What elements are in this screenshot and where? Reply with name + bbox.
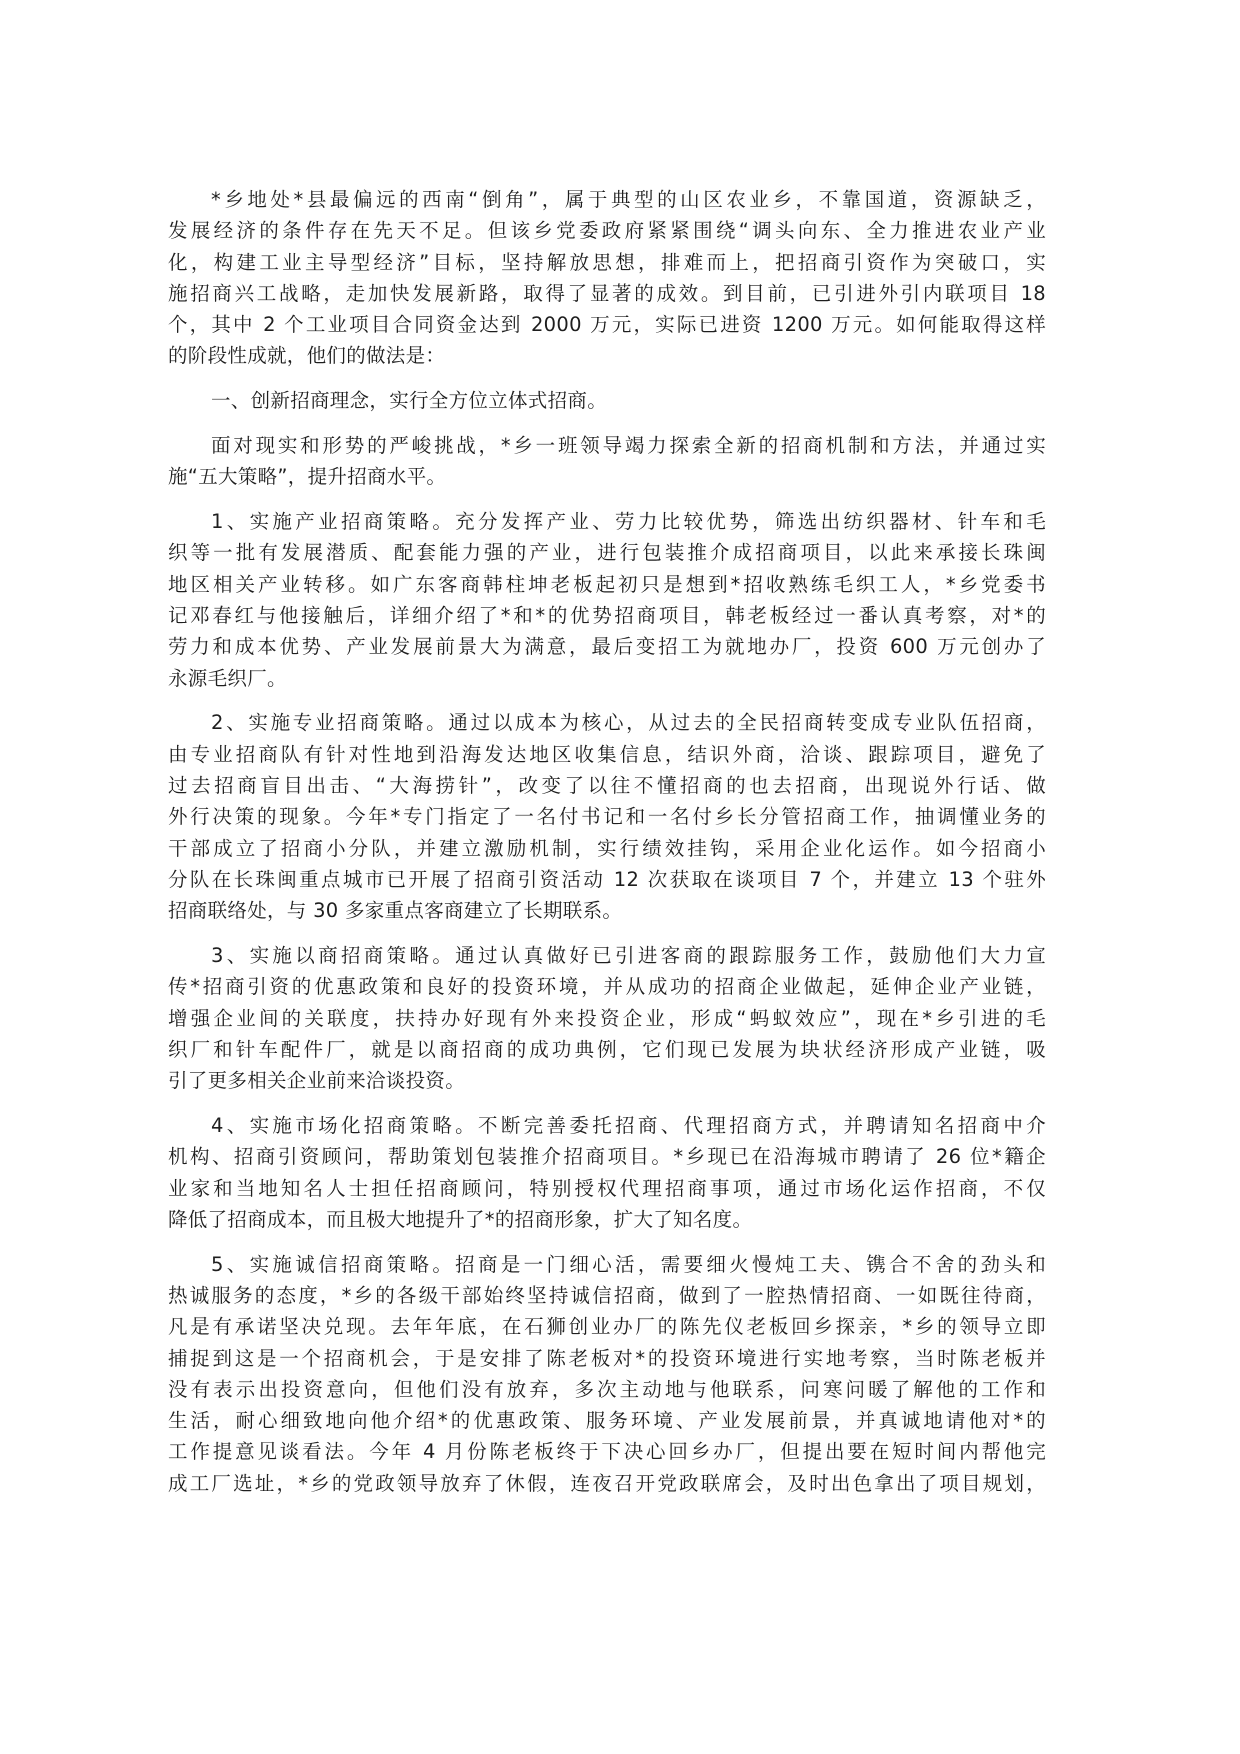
text-line: 工作提意见谈看法。今年 4 月份陈老板终于下决心回乡办厂，但提出要在短时间内帮他… bbox=[168, 1436, 1046, 1467]
text-line: 传*招商引资的优惠政策和良好的投资环境，并从成功的招商企业做起，延伸企业产业链， bbox=[168, 971, 1046, 1002]
text-line: 招商联络处，与 30 多家重点客商建立了长期联系。 bbox=[168, 895, 1046, 926]
text-line: 增强企业间的关联度，扶持办好现有外来投资企业，形成“蚂蚁效应”，现在*乡引进的毛 bbox=[168, 1003, 1046, 1034]
text-line: 生活，耐心细致地向他介绍*的优惠政策、服务环境、产业发展前景，并真诚地请他对*的 bbox=[168, 1405, 1046, 1436]
text-line: 业家和当地知名人士担任招商顾问，特别授权代理招商事项，通过市场化运作招商，不仅 bbox=[168, 1173, 1046, 1204]
paragraph-strategy-4: 4、实施市场化招商策略。不断完善委托招商、代理招商方式，并聘请知名招商中介机构、… bbox=[168, 1110, 1046, 1235]
text-line: 化，构建工业主导型经济”目标，坚持解放思想，排难而上，把招商引资作为突破口，实 bbox=[168, 247, 1046, 278]
text-line: 干部成立了招商小分队，并建立激励机制，实行绩效挂钩，采用企业化运作。如今招商小 bbox=[168, 833, 1046, 864]
text-line: 过去招商盲目出击、“大海捞针”，改变了以往不懂招商的也去招商，出现说外行话、做 bbox=[168, 770, 1046, 801]
paragraph-heading-1: 一、创新招商理念，实行全方位立体式招商。 bbox=[168, 385, 1046, 416]
text-line: 4、实施市场化招商策略。不断完善委托招商、代理招商方式，并聘请知名招商中介 bbox=[168, 1110, 1046, 1141]
paragraph-strategy-3: 3、实施以商招商策略。通过认真做好已引进客商的跟踪服务工作，鼓励他们大力宣传*招… bbox=[168, 940, 1046, 1096]
text-line: 织厂和针车配件厂，就是以商招商的成功典例，它们现已发展为块状经济形成产业链，吸 bbox=[168, 1034, 1046, 1065]
text-line: 永源毛织厂。 bbox=[168, 663, 1046, 694]
text-line: 发展经济的条件存在先天不足。但该乡党委政府紧紧围绕“调头向东、全力推进农业产业 bbox=[168, 215, 1046, 246]
text-line: 降低了招商成本，而且极大地提升了*的招商形象，扩大了知名度。 bbox=[168, 1204, 1046, 1235]
paragraph-strategy-5: 5、实施诚信招商策略。招商是一门细心活，需要细火慢炖工夫、镌合不舍的劲头和热诚服… bbox=[168, 1249, 1046, 1499]
document-page: *乡地处*县最偏远的西南“倒角”，属于典型的山区农业乡，不靠国道，资源缺乏，发展… bbox=[168, 184, 1046, 1513]
text-line: 1、实施产业招商策略。充分发挥产业、劳力比较优势，筛选出纺织器材、针车和毛 bbox=[168, 506, 1046, 537]
text-line: 劳力和成本优势、产业发展前景大为满意，最后变招工为就地办厂，投资 600 万元创… bbox=[168, 631, 1046, 662]
text-line: 面对现实和形势的严峻挑战，*乡一班领导竭力探索全新的招商机制和方法，并通过实 bbox=[168, 430, 1046, 461]
text-line: 机构、招商引资顾问，帮助策划包装推介招商项目。*乡现已在沿海城市聘请了 26 位… bbox=[168, 1141, 1046, 1172]
text-line: 一、创新招商理念，实行全方位立体式招商。 bbox=[168, 385, 1046, 416]
text-line: 3、实施以商招商策略。通过认真做好已引进客商的跟踪服务工作，鼓励他们大力宣 bbox=[168, 940, 1046, 971]
text-line: 没有表示出投资意向，但他们没有放弃，多次主动地与他联系，问寒问暖了解他的工作和 bbox=[168, 1374, 1046, 1405]
paragraph-strategy-2: 2、实施专业招商策略。通过以成本为核心，从过去的全民招商转变成专业队伍招商，由专… bbox=[168, 707, 1046, 926]
text-line: 热诚服务的态度，*乡的各级干部始终坚持诚信招商，做到了一腔热情招商、一如既往待商… bbox=[168, 1280, 1046, 1311]
text-line: 凡是有承诺坚决兑现。去年年底，在石狮创业办厂的陈先仪老板回乡探亲，*乡的领导立即 bbox=[168, 1311, 1046, 1342]
text-line: 由专业招商队有针对性地到沿海发达地区收集信息，结识外商，洽谈、跟踪项目，避免了 bbox=[168, 739, 1046, 770]
text-line: 捕捉到这是一个招商机会，于是安排了陈老板对*的投资环境进行实地考察，当时陈老板并 bbox=[168, 1343, 1046, 1374]
text-line: 外行决策的现象。今年*专门指定了一名付书记和一名付乡长分管招商工作，抽调懂业务的 bbox=[168, 801, 1046, 832]
text-line: 的阶段性成就，他们的做法是： bbox=[168, 340, 1046, 371]
paragraph-intro: *乡地处*县最偏远的西南“倒角”，属于典型的山区农业乡，不靠国道，资源缺乏，发展… bbox=[168, 184, 1046, 372]
text-line: 5、实施诚信招商策略。招商是一门细心活，需要细火慢炖工夫、镌合不舍的劲头和 bbox=[168, 1249, 1046, 1280]
text-line: 成工厂选址，*乡的党政领导放弃了休假，连夜召开党政联席会，及时出色拿出了项目规划… bbox=[168, 1468, 1046, 1499]
text-line: 引了更多相关企业前来洽谈投资。 bbox=[168, 1065, 1046, 1096]
text-line: *乡地处*县最偏远的西南“倒角”，属于典型的山区农业乡，不靠国道，资源缺乏， bbox=[168, 184, 1046, 215]
paragraph-overview: 面对现实和形势的严峻挑战，*乡一班领导竭力探索全新的招商机制和方法，并通过实施“… bbox=[168, 430, 1046, 493]
text-line: 施“五大策略”，提升招商水平。 bbox=[168, 461, 1046, 492]
text-line: 分队在长珠闽重点城市已开展了招商引资活动 12 次获取在谈项目 7 个，并建立 … bbox=[168, 864, 1046, 895]
text-line: 记邓春红与他接触后，详细介绍了*和*的优势招商项目，韩老板经过一番认真考察，对*… bbox=[168, 600, 1046, 631]
text-line: 施招商兴工战略，走加快发展新路，取得了显著的成效。到目前，已引进外引内联项目 1… bbox=[168, 278, 1046, 309]
paragraph-strategy-1: 1、实施产业招商策略。充分发挥产业、劳力比较优势，筛选出纺织器材、针车和毛织等一… bbox=[168, 506, 1046, 694]
text-line: 2、实施专业招商策略。通过以成本为核心，从过去的全民招商转变成专业队伍招商， bbox=[168, 707, 1046, 738]
text-line: 地区相关产业转移。如广东客商韩柱坤老板起初只是想到*招收熟练毛织工人，*乡党委书 bbox=[168, 569, 1046, 600]
text-line: 个，其中 2 个工业项目合同资金达到 2000 万元，实际已进资 1200 万元… bbox=[168, 309, 1046, 340]
text-line: 织等一批有发展潜质、配套能力强的产业，进行包装推介成招商项目，以此来承接长珠闽 bbox=[168, 537, 1046, 568]
